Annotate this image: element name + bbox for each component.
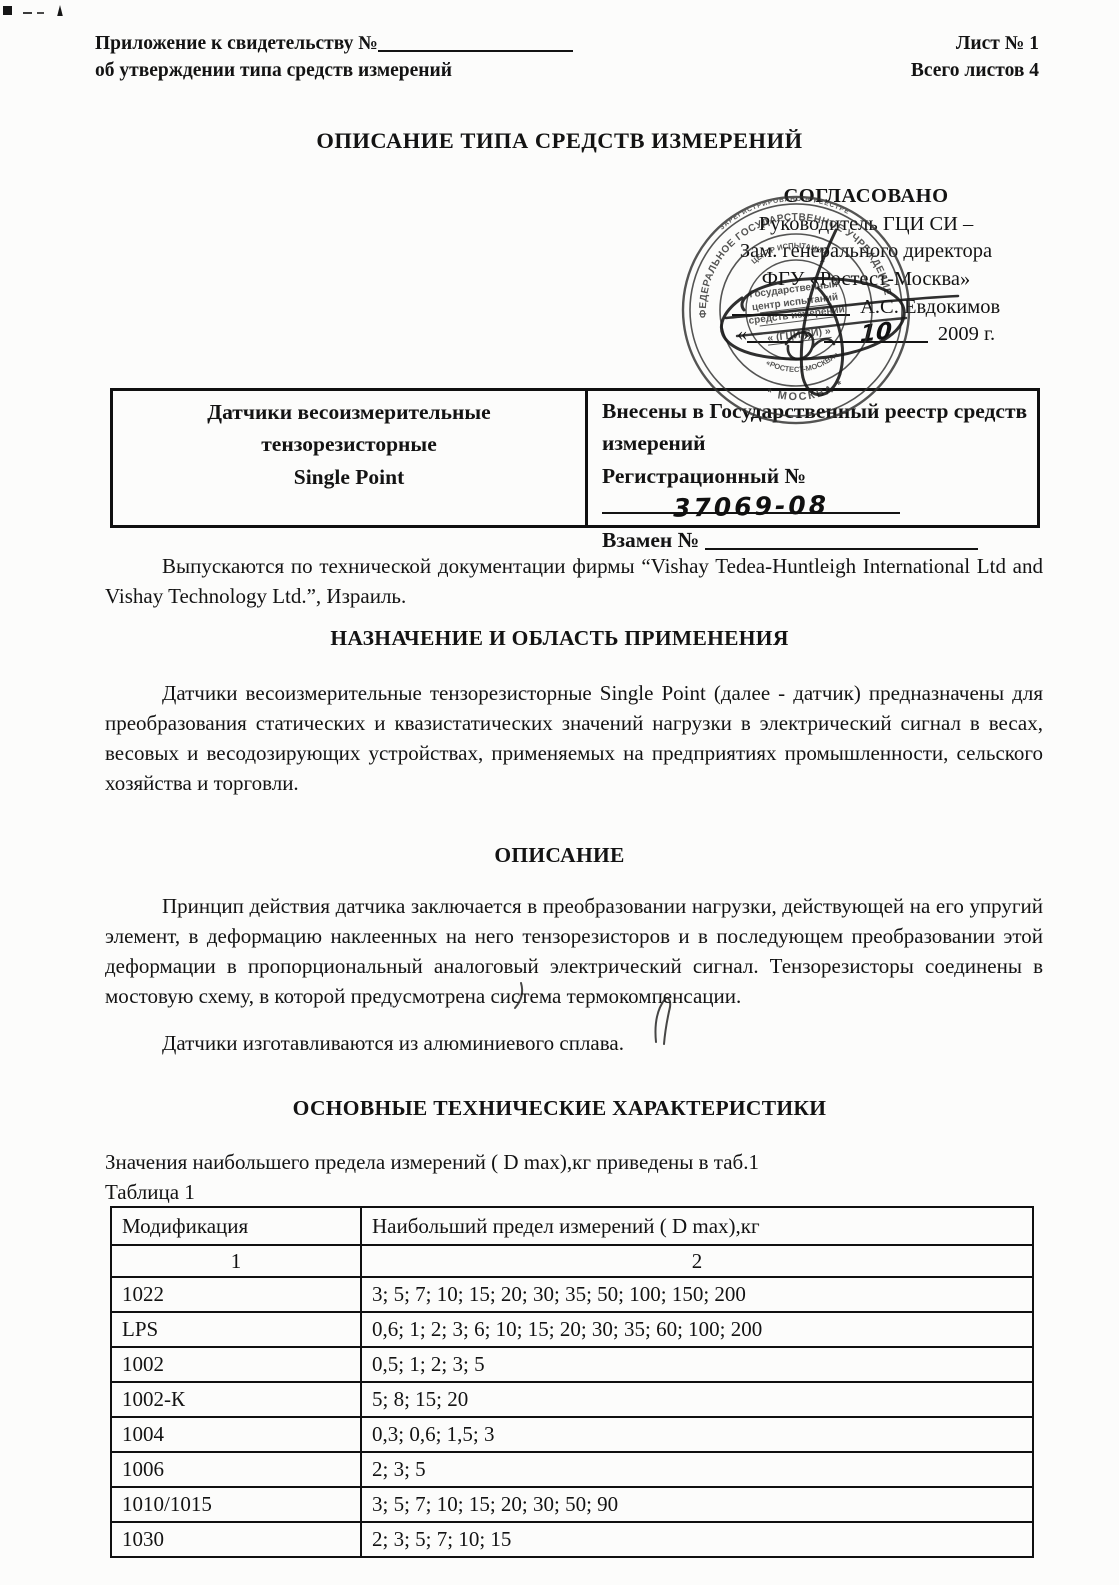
dmax-cell: 5; 8; 15; 20	[361, 1382, 1033, 1417]
dmax-cell: 3; 5; 7; 10; 15; 20; 30; 35; 50; 100; 15…	[361, 1277, 1033, 1312]
purpose-heading: НАЗНАЧЕНИЕ И ОБЛАСТЬ ПРИМЕНЕНИЯ	[0, 626, 1119, 651]
registration-number-label: Регистрационный №	[602, 464, 806, 488]
device-name-cell: Датчики весоизмерительные тензорезисторн…	[113, 391, 588, 525]
modification-cell: 1006	[111, 1452, 361, 1487]
material-paragraph: Датчики изготавливаются из алюминиевого …	[105, 1028, 1043, 1058]
page-title: ОПИСАНИЕ ТИПА СРЕДСТВ ИЗМЕРЕНИЙ	[0, 128, 1119, 154]
table-row: 1010/1015 3; 5; 7; 10; 15; 20; 30; 50; 9…	[111, 1487, 1033, 1522]
device-name-line1: Датчики весоизмерительные	[113, 396, 585, 428]
modification-cell: 1030	[111, 1522, 361, 1557]
agreed-label: СОГЛАСОВАНО	[660, 183, 1072, 211]
approver-role-2: Зам. генерального директора	[660, 238, 1072, 266]
header-right: Лист № 1 Всего листов 4	[911, 30, 1039, 85]
purpose-paragraph: Датчики весоизмерительные тензорезисторн…	[105, 678, 1043, 798]
table-row: 1004 0,3; 0,6; 1,5; 3	[111, 1417, 1033, 1452]
registration-box: Датчики весоизмерительные тензорезисторн…	[110, 388, 1040, 528]
table-row: LPS 0,6; 1; 2; 3; 6; 10; 15; 20; 30; 35;…	[111, 1312, 1033, 1347]
dmax-cell: 3; 5; 7; 10; 15; 20; 30; 50; 90	[361, 1487, 1033, 1522]
year-label: 2009 г.	[938, 323, 995, 345]
table-caption: Таблица 1	[105, 1180, 195, 1205]
registry-entered-text: Внесены в Государственный реестр средств…	[602, 395, 1029, 460]
sheet-number: Лист № 1	[911, 30, 1039, 57]
device-name-line2: тензорезисторные	[113, 428, 585, 460]
date-line: «» 10 2009 г.	[660, 321, 1072, 349]
header-left: Приложение к свидетельству № об утвержде…	[95, 30, 573, 85]
handwritten-month: 10	[859, 320, 892, 347]
modification-cell: 1002	[111, 1347, 361, 1382]
table-subheader-row: 1 2	[111, 1245, 1033, 1277]
dmax-cell: 0,5; 1; 2; 3; 5	[361, 1347, 1033, 1382]
quote-close: »	[803, 323, 813, 345]
scan-artifact	[23, 12, 32, 14]
approver-name: А.С. Евдокимов	[860, 296, 1000, 318]
quote-open: «	[737, 323, 747, 345]
certificate-number-blank	[378, 31, 573, 52]
stamp-inner-bottom-text: «РОСТЕСТ-МОСКВА»	[764, 349, 842, 378]
signature-line: А.С. Евдокимов	[660, 294, 1072, 322]
replaces-line: Взамен №	[602, 524, 1029, 556]
table-header-row: Модификация Наибольший предел измерений …	[111, 1207, 1033, 1245]
document-page: Приложение к свидетельству № об утвержде…	[0, 0, 1119, 1585]
signature-blank	[732, 294, 850, 315]
modification-cell: 1004	[111, 1417, 361, 1452]
approver-role-1: Руководитель ГЦИ СИ –	[660, 211, 1072, 239]
table-row: 1030 2; 3; 5; 7; 10; 15	[111, 1522, 1033, 1557]
registration-number-blank: 37069-08	[602, 492, 900, 514]
table-row: 1022 3; 5; 7; 10; 15; 20; 30; 35; 50; 10…	[111, 1277, 1033, 1312]
attachment-label: Приложение к свидетельству №	[95, 33, 378, 54]
subheader-col1: 1	[111, 1245, 361, 1277]
month-blank: 10	[824, 321, 928, 342]
table-row: 1002 0,5; 1; 2; 3; 5	[111, 1347, 1033, 1382]
tech-heading: ОСНОВНЫЕ ТЕХНИЧЕСКИЕ ХАРАКТЕРИСТИКИ	[0, 1096, 1119, 1121]
replaces-label: Взамен №	[602, 528, 699, 552]
registry-cell: Внесены в Государственный реестр средств…	[588, 391, 1037, 525]
table-row: 1006 2; 3; 5	[111, 1452, 1033, 1487]
modification-cell: 1002-К	[111, 1382, 361, 1417]
scan-artifact	[56, 5, 64, 16]
principle-paragraph: Принцип действия датчика заключается в п…	[105, 891, 1043, 1011]
registration-number-line: Регистрационный № 37069-08	[602, 460, 1029, 525]
scan-artifact	[3, 6, 12, 15]
table-header-modification: Модификация	[111, 1207, 361, 1245]
approval-type-label: об утверждении типа средств измерений	[95, 57, 573, 84]
dmax-cell: 0,3; 0,6; 1,5; 3	[361, 1417, 1033, 1452]
scan-artifact	[37, 12, 44, 14]
day-blank	[747, 322, 803, 343]
values-intro-line: Значения наибольшего предела измерений (…	[105, 1150, 759, 1175]
modification-cell: 1022	[111, 1277, 361, 1312]
dmax-table: Модификация Наибольший предел измерений …	[110, 1206, 1034, 1558]
table-row: 1002-К 5; 8; 15; 20	[111, 1382, 1033, 1417]
description-heading: ОПИСАНИЕ	[0, 843, 1119, 868]
modification-cell: 1010/1015	[111, 1487, 361, 1522]
dmax-cell: 2; 3; 5	[361, 1452, 1033, 1487]
device-name-line3: Single Point	[113, 461, 585, 493]
dmax-cell: 0,6; 1; 2; 3; 6; 10; 15; 20; 30; 35; 60;…	[361, 1312, 1033, 1347]
replaces-blank	[705, 528, 978, 550]
table-header-dmax: Наибольший предел измерений ( D max),кг	[361, 1207, 1033, 1245]
total-sheets: Всего листов 4	[911, 57, 1039, 84]
subheader-col2: 2	[361, 1245, 1033, 1277]
approver-org: ФГУ «Ростест-Москва»	[660, 266, 1072, 294]
manufacturer-paragraph: Выпускаются по технической документации …	[105, 551, 1043, 611]
modification-cell: LPS	[111, 1312, 361, 1347]
dmax-cell: 2; 3; 5; 7; 10; 15	[361, 1522, 1033, 1557]
approval-block: СОГЛАСОВАНО Руководитель ГЦИ СИ – Зам. г…	[660, 183, 1072, 349]
handwritten-registration-number: 37069-08	[673, 492, 830, 520]
